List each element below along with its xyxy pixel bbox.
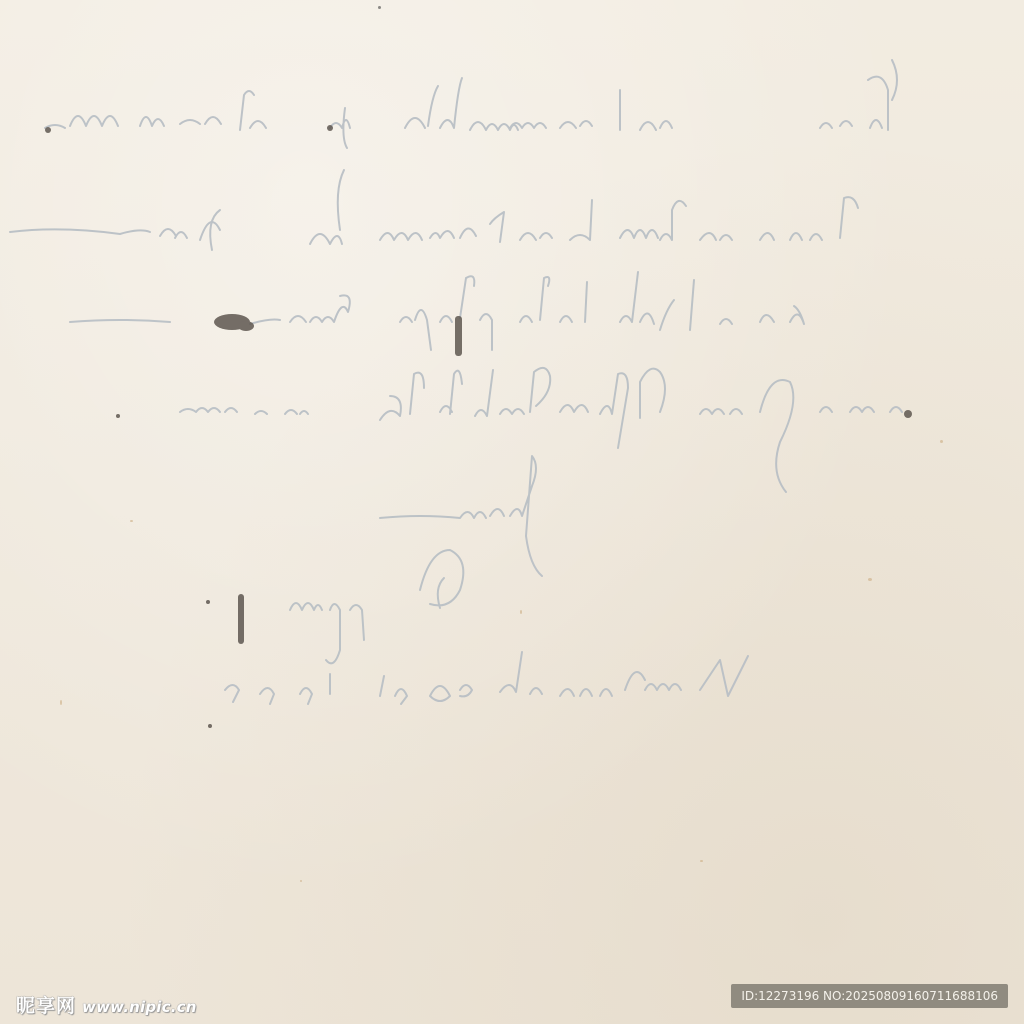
mirrored-handwriting: [0, 0, 1024, 1024]
nipic-brand: 昵享网: [16, 991, 76, 1018]
image-id-badge: ID:12273196 NO:20250809160711688106: [731, 984, 1008, 1008]
nipic-url: www.nipic.cn: [82, 998, 197, 1016]
nipic-watermark: 昵享网 www.nipic.cn: [16, 991, 197, 1018]
